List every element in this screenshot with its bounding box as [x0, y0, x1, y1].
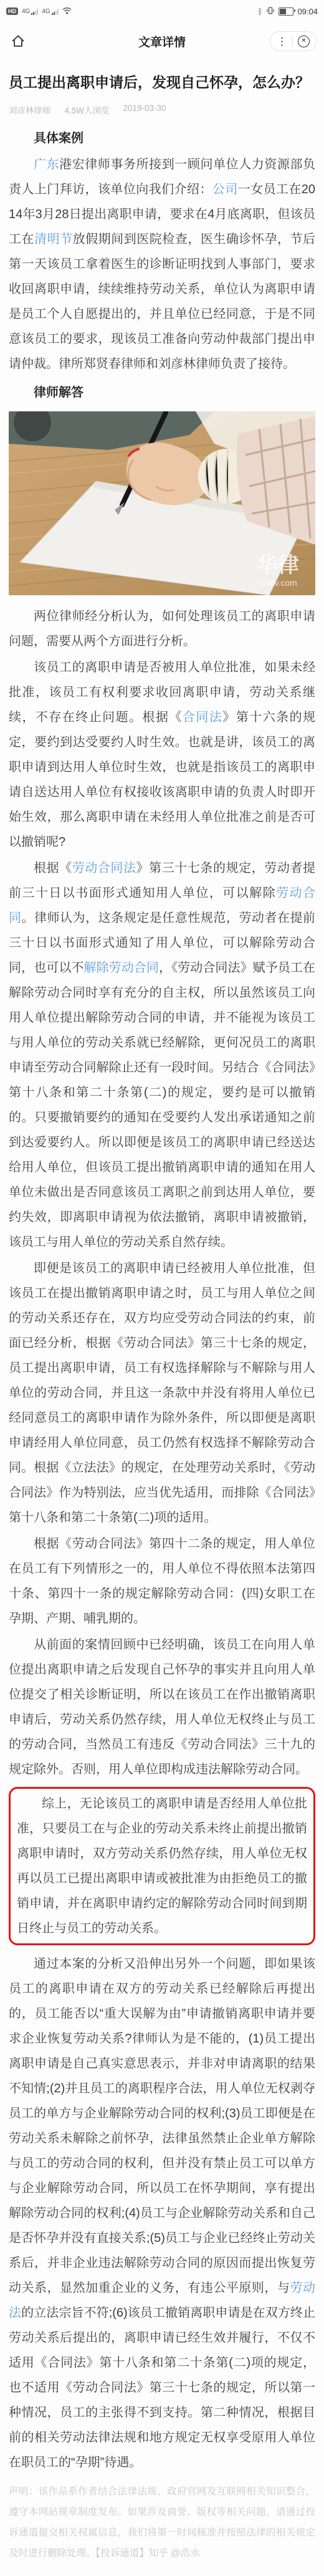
home-icon	[11, 34, 26, 49]
inline-link[interactable]: 劳动合同法	[72, 861, 136, 875]
bluetooth-icon: ᛒ	[258, 7, 263, 16]
article-paragraph: 两位律师经分析认为，如何处理该员工的离职申请问题，需要从两个方面进行分析。	[9, 604, 315, 654]
hd-volte-icon: HD	[6, 7, 18, 16]
vibrate-icon	[266, 7, 275, 16]
watermark: 华律 hualv.com	[257, 553, 299, 588]
article-paragraph: 根据《劳动合同法》第三十七条的规定，劳动者提前三十日以书面形式通知用人单位，可以…	[9, 856, 315, 1255]
inline-link[interactable]: 劳动法	[9, 2281, 315, 2320]
signal-4g-icon-1: 4G	[22, 8, 38, 15]
inline-link[interactable]: 合同法	[183, 711, 222, 724]
article-paragraph: 该员工的离职申请是否被用人单位批准，如果未经批准，该员工有权利要求收回离职申请，…	[9, 655, 315, 855]
conclusion-highlight-box: 综上，无论该员工的离职申请是否经用人单位批准，只要员工在与企业的劳动关系未终止前…	[9, 1787, 315, 1945]
article-paragraph: 广东港宏律师事务所接到一顾问单位人力资源部负责人上门拜访，该单位向我们介绍：公司…	[9, 152, 315, 376]
publish-date: 2019-03-30	[123, 103, 166, 116]
status-bar: HD 4G 4G ᛒ 09:04	[0, 0, 324, 22]
article-paragraph: 综上，无论该员工的离职申请是否经用人单位批准，只要员工在与企业的劳动关系未终止前…	[17, 1791, 307, 1941]
capsule-divider	[292, 36, 293, 46]
svg-text:hualv.com: hualv.com	[258, 578, 297, 588]
article-photo[interactable]: 华律 hualv.com	[9, 411, 315, 595]
disclaimer-text: 声明：该作品系作者结合法律法规、政府官网及互联网相关知识整合，遵守本网站规章制度…	[9, 2481, 315, 2564]
close-button[interactable]: ✕	[298, 36, 310, 47]
article-paragraph: 根据《劳动合同法》第四十二条的规定，用人单位在员工有下列情形之一的，用人单位不得…	[9, 1531, 315, 1631]
inline-link[interactable]: 清明节	[34, 232, 73, 246]
article-paragraph: 从前面的案情回顾中已经明确，该员工在向用人单位提出离职申请之后发现自己怀孕的事实…	[9, 1632, 315, 1782]
inline-link[interactable]: 公司	[212, 183, 238, 196]
more-menu-button[interactable]: ⋮	[277, 36, 287, 47]
nav-header: 文章详情 ⋮ ✕	[0, 22, 324, 60]
view-count: 4.5W人浏览	[65, 103, 110, 116]
inline-link[interactable]: 广东	[34, 158, 59, 171]
article-paragraph: 通过本案的分析又沿伸出另外一个问题，即如果该员工的离职申请在双方的劳动关系已经解…	[9, 1951, 315, 2475]
svg-text:华律: 华律	[257, 553, 299, 577]
section-heading: 律师解答	[9, 380, 315, 405]
miniprogram-capsule: ⋮ ✕	[270, 31, 317, 51]
article-paragraph: 即便是该员工的离职申请已经被用人单位批准，但该员工在提出撤销离职申请之时，员工与…	[9, 1256, 315, 1530]
article-title: 员工提出离职申请后，发现自己怀孕，怎么办？	[9, 70, 315, 95]
home-button[interactable]	[7, 31, 29, 52]
article-meta: 刘彦林律师 4.5W人浏览 2019-03-30	[9, 103, 315, 116]
clock-time: 09:04	[297, 7, 318, 16]
signal-4g-icon-2: 4G	[42, 8, 58, 15]
author-name[interactable]: 刘彦林律师	[9, 103, 51, 116]
article-body: 具体案例广东港宏律师事务所接到一顾问单位人力资源部负责人上门拜访，该单位向我们介…	[9, 126, 315, 2475]
battery-icon	[279, 7, 293, 16]
section-heading: 具体案例	[9, 126, 315, 151]
inline-link[interactable]: 解除劳动合同	[84, 961, 160, 975]
wifi-icon	[62, 7, 72, 16]
inline-link[interactable]: 劳动合同	[9, 886, 315, 925]
article-container: 员工提出离职申请后，发现自己怀孕，怎么办？ 刘彦林律师 4.5W人浏览 2019…	[0, 60, 324, 2576]
